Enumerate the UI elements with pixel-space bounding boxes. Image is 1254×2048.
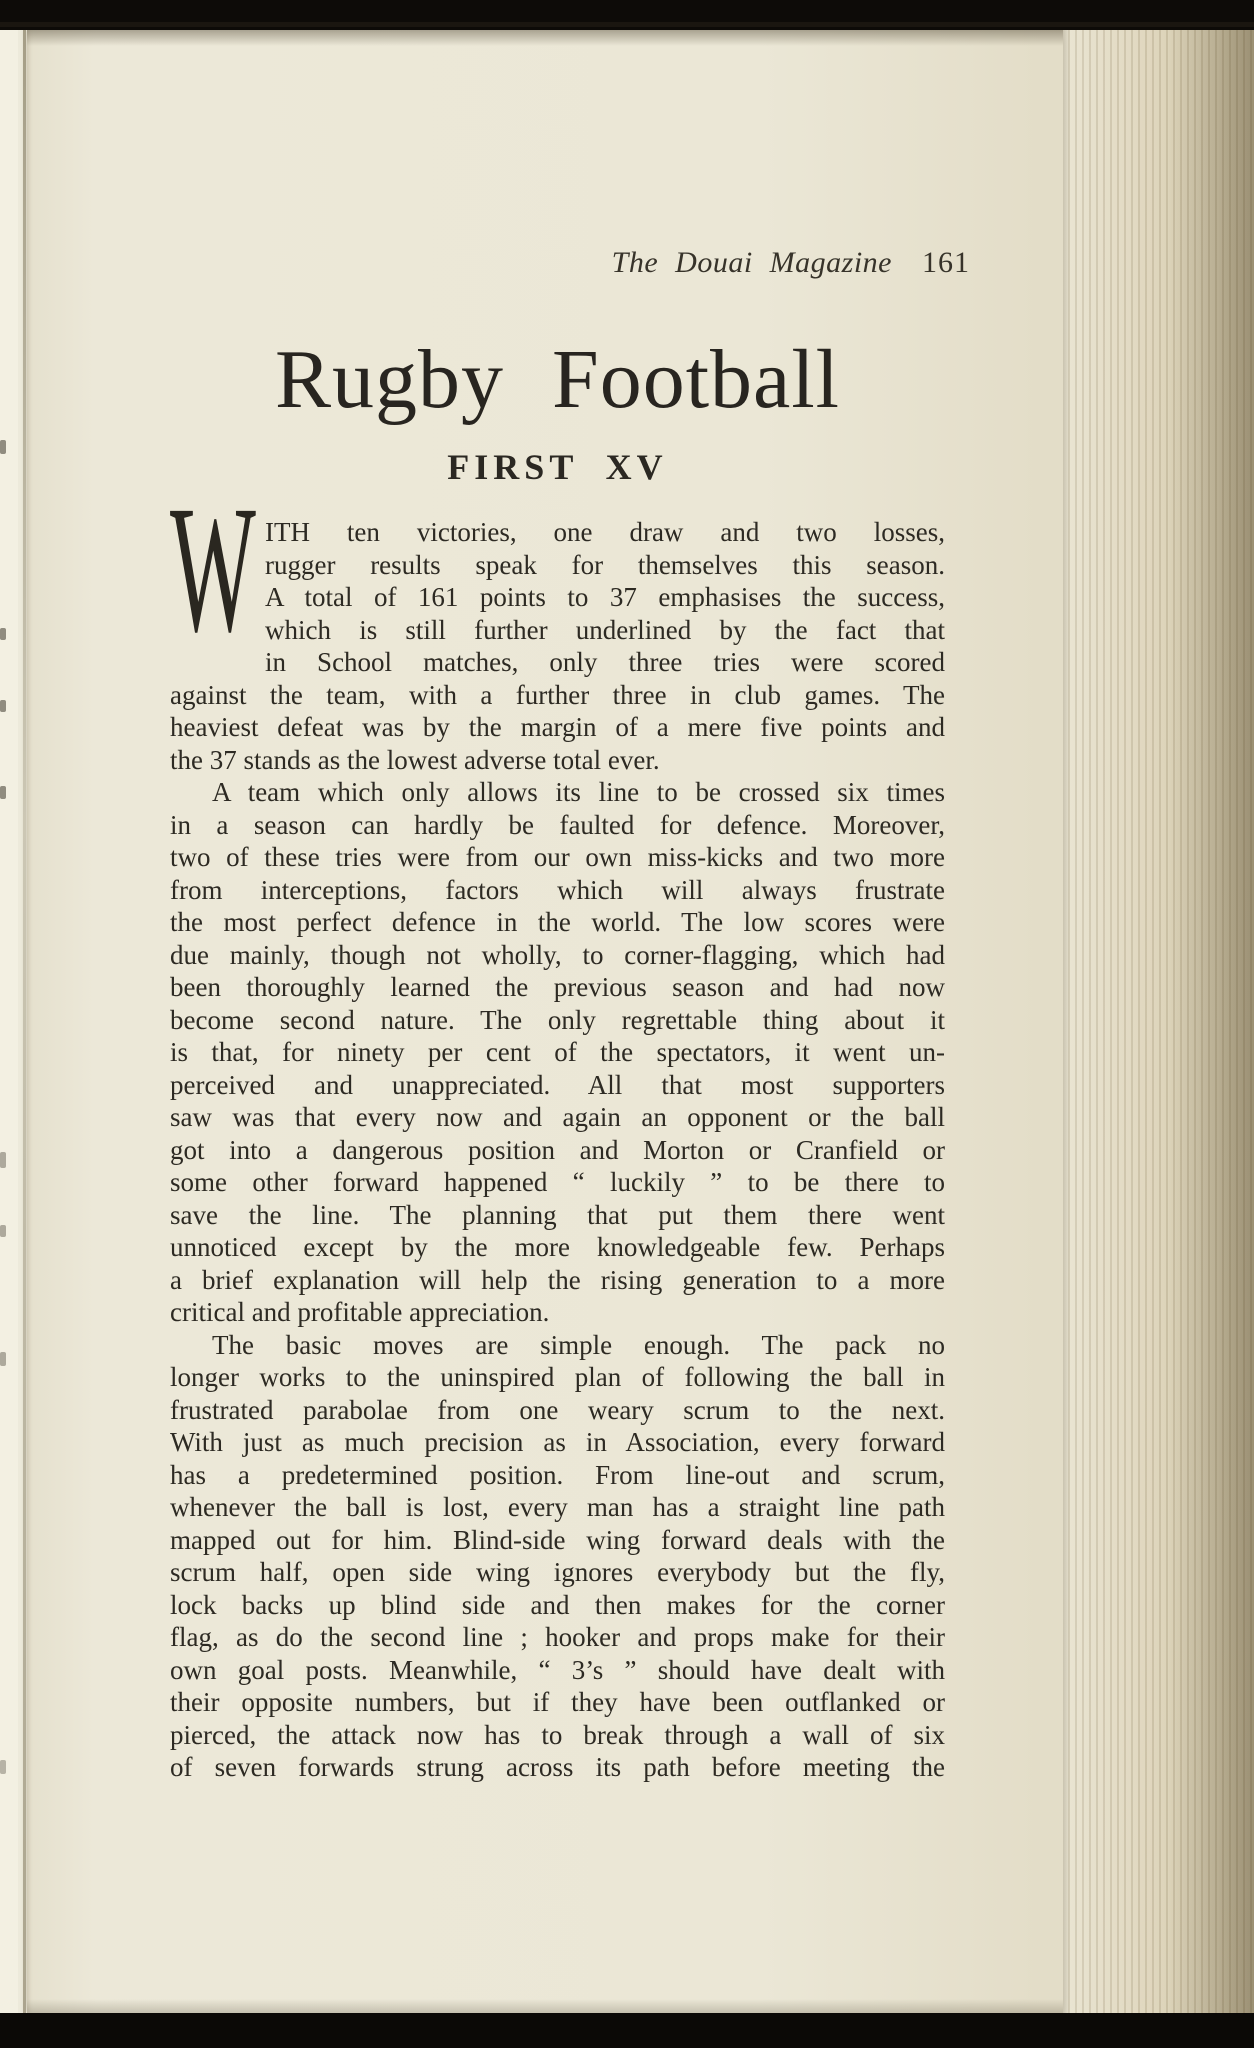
text-line: in a season can hardly be faulted for de…	[170, 809, 945, 842]
text-line: critical and profitable appreciation.	[170, 1296, 945, 1329]
text-line: has a predetermined position. From line-…	[170, 1459, 945, 1492]
book-cover-top-edge	[0, 0, 1254, 30]
article-title: Rugby Football	[170, 338, 945, 422]
text-line: flag, as do the second line ; hooker and…	[170, 1621, 945, 1654]
text-line: ITH ten victories, one draw and two loss…	[265, 516, 945, 549]
text-line: in School matches, only three tries were…	[265, 646, 945, 679]
page-edge-mark	[0, 700, 6, 712]
text-line: two of these tries were from our own mis…	[170, 841, 945, 874]
text-line: become second nature. The only regrettab…	[170, 1004, 945, 1037]
gutter-crease	[23, 30, 26, 2013]
text-line: frustrated parabolae from one weary scru…	[170, 1394, 945, 1427]
text-line: A team which only allows its line to be …	[170, 776, 945, 809]
text-line: the 37 stands as the lowest adverse tota…	[170, 744, 945, 777]
text-line: some other forward happened “ luckily ” …	[170, 1166, 945, 1199]
text-line: got into a dangerous position and Morton…	[170, 1134, 945, 1167]
page-edge-mark	[0, 628, 6, 640]
text-line: longer works to the uninspired plan of f…	[170, 1361, 945, 1394]
text-line: whenever the ball is lost, every man has…	[170, 1491, 945, 1524]
drop-cap: W	[170, 479, 256, 661]
page-edge-mark	[0, 1352, 6, 1366]
book-photo: The Douai Magazine161 Rugby Football FIR…	[0, 0, 1254, 2048]
text-line: scrum half, open side wing ignores every…	[170, 1556, 945, 1589]
magazine-title: The Douai Magazine	[612, 246, 892, 279]
book-cover-bottom-edge	[0, 2013, 1254, 2048]
text-line: lock backs up blind side and then makes …	[170, 1589, 945, 1622]
article-subtitle: FIRST XV	[170, 446, 945, 488]
running-head: The Douai Magazine161	[170, 246, 970, 280]
text-line: against the team, with a further three i…	[170, 679, 945, 712]
text-line: of seven forwards strung across its path…	[170, 1751, 945, 1784]
text-line: mapped out for him. Blind-side wing forw…	[170, 1524, 945, 1557]
paragraph: WITH ten victories, one draw and two los…	[170, 516, 945, 776]
page-edge-mark	[0, 1152, 6, 1168]
text-line: The basic moves are simple enough. The p…	[170, 1329, 945, 1362]
page-edge-mark	[0, 786, 6, 799]
text-line: With just as much precision as in Associ…	[170, 1426, 945, 1459]
page-number: 161	[922, 246, 970, 279]
article-body: WITH ten victories, one draw and two los…	[170, 516, 945, 1784]
text-line: rugger results speak for themselves this…	[265, 549, 945, 582]
text-line: from interceptions, factors which will a…	[170, 874, 945, 907]
page-edge-mark	[0, 1225, 6, 1237]
text-line: own goal posts. Meanwhile, “ 3’s ” shoul…	[170, 1654, 945, 1687]
text-line: been thoroughly learned the previous sea…	[170, 971, 945, 1004]
text-line: which is still further underlined by the…	[265, 614, 945, 647]
text-line: perceived and unappreciated. All that mo…	[170, 1069, 945, 1102]
page-fore-edge	[1063, 30, 1254, 2013]
text-line: is that, for ninety per cent of the spec…	[170, 1036, 945, 1069]
paragraph: A team which only allows its line to be …	[170, 776, 945, 1329]
page-edge-mark	[0, 440, 6, 454]
paragraph: The basic moves are simple enough. The p…	[170, 1329, 945, 1784]
page-edge-mark	[0, 1760, 6, 1774]
text-line: pierced, the attack now has to break thr…	[170, 1719, 945, 1752]
text-line: due mainly, though not wholly, to corner…	[170, 939, 945, 972]
text-line: save the line. The planning that put the…	[170, 1199, 945, 1232]
text-line: a brief explanation will help the rising…	[170, 1264, 945, 1297]
text-line: unnoticed except by the more knowledgeab…	[170, 1231, 945, 1264]
text-line: the most perfect defence in the world. T…	[170, 906, 945, 939]
text-line: A total of 161 points to 37 emphasises t…	[265, 581, 945, 614]
text-line: heaviest defeat was by the margin of a m…	[170, 711, 945, 744]
text-line: saw was that every now and again an oppo…	[170, 1101, 945, 1134]
text-line: their opposite numbers, but if they have…	[170, 1686, 945, 1719]
